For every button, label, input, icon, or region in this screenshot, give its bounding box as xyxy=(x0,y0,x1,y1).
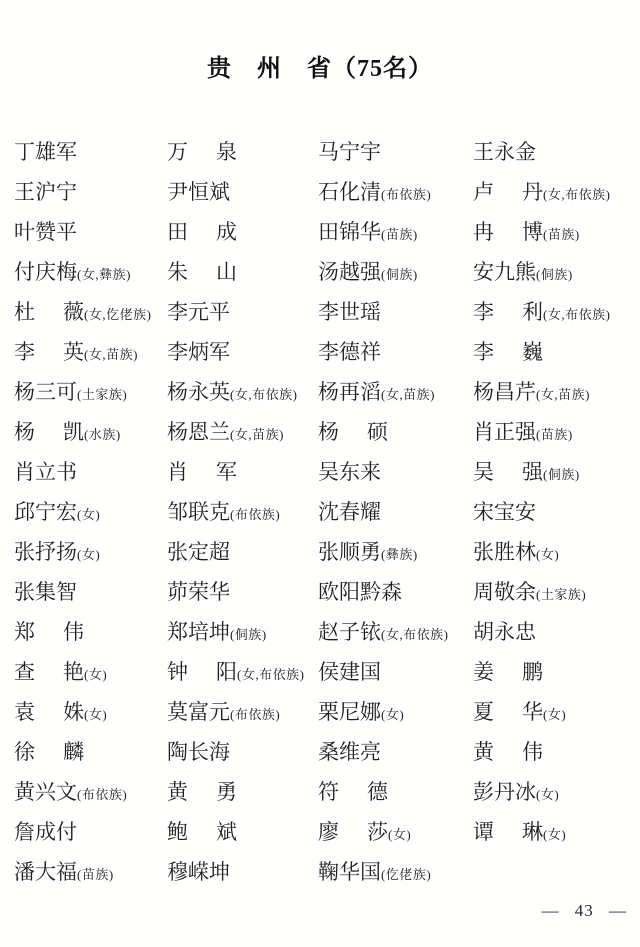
name-cell: 杨再滔(女,苗族) xyxy=(318,380,435,407)
name-cell: 符德 xyxy=(318,780,388,804)
name-cell: 桑维亮 xyxy=(318,740,381,764)
name-cell: 邹联克(布依族) xyxy=(167,500,280,527)
ethnic-note: (布依族) xyxy=(230,707,280,722)
name-cell: 袁姝(女) xyxy=(14,700,107,727)
person-name: 冉博 xyxy=(473,220,543,244)
person-name: 李巍 xyxy=(473,340,543,364)
ethnic-note: (女,布依族) xyxy=(230,387,297,402)
ethnic-note: (女) xyxy=(77,507,100,522)
person-name: 符德 xyxy=(318,780,388,804)
person-name: 侯建国 xyxy=(318,660,381,684)
name-cell: 夏华(女) xyxy=(473,700,566,727)
person-name: 田成 xyxy=(167,220,237,244)
list-row: 肖立书肖军吴东来吴强(侗族) xyxy=(0,456,640,496)
name-cell: 田成 xyxy=(167,220,237,244)
name-cell: 杨永英(女,布依族) xyxy=(167,380,297,407)
person-name: 袁姝 xyxy=(14,700,84,724)
ethnic-note: (苗族) xyxy=(543,227,580,242)
person-name: 邱宁宏 xyxy=(14,500,77,524)
person-name: 肖军 xyxy=(167,460,237,484)
name-cell: 陶长海 xyxy=(167,740,230,764)
person-name: 叶赞平 xyxy=(14,220,77,244)
person-name: 李炳军 xyxy=(167,340,230,364)
person-name: 李英 xyxy=(14,340,84,364)
person-name: 丁雄军 xyxy=(14,140,77,164)
ethnic-note: (女) xyxy=(381,707,404,722)
person-name: 朱山 xyxy=(167,260,237,284)
name-cell: 张定超 xyxy=(167,540,230,564)
person-name: 郑培坤 xyxy=(167,620,230,644)
list-row: 付庆梅(女,彝族)朱山汤越强(侗族)安九熊(侗族) xyxy=(0,256,640,296)
list-row: 袁姝(女)莫富元(布依族)栗尼娜(女)夏华(女) xyxy=(0,696,640,736)
person-name: 赵子铱 xyxy=(318,620,381,644)
person-name: 欧阳黔森 xyxy=(318,580,402,604)
page-number: — 43 — xyxy=(542,901,628,920)
person-name: 胡永忠 xyxy=(473,620,536,644)
name-cell: 杨三可(土家族) xyxy=(14,380,127,407)
person-name: 田锦华 xyxy=(318,220,381,244)
ethnic-note: (女,苗族) xyxy=(84,347,138,362)
ethnic-note: (苗族) xyxy=(381,227,418,242)
person-name: 沈春耀 xyxy=(318,500,381,524)
name-cell: 田锦华(苗族) xyxy=(318,220,418,247)
list-row: 王沪宁尹恒斌石化清(布依族)卢丹(女,布依族) xyxy=(0,176,640,216)
ethnic-note: (侗族) xyxy=(381,267,418,282)
person-name: 李德祥 xyxy=(318,340,381,364)
person-name: 夏华 xyxy=(473,700,543,724)
list-row: 詹成付鲍斌廖莎(女)谭琳(女) xyxy=(0,816,640,856)
name-cell: 胡永忠 xyxy=(473,620,536,644)
name-cell: 王永金 xyxy=(473,140,536,164)
name-cell: 付庆梅(女,彝族) xyxy=(14,260,131,287)
name-cell: 冉博(苗族) xyxy=(473,220,580,247)
name-cell: 茆荣华 xyxy=(167,580,230,604)
person-name: 陶长海 xyxy=(167,740,230,764)
name-cell: 肖立书 xyxy=(14,460,77,484)
person-name: 王永金 xyxy=(473,140,536,164)
name-cell: 丁雄军 xyxy=(14,140,77,164)
person-name: 吴东来 xyxy=(318,460,381,484)
person-name: 郑伟 xyxy=(14,620,84,644)
ethnic-note: (女) xyxy=(536,547,559,562)
ethnic-note: (女) xyxy=(543,827,566,842)
person-name: 尹恒斌 xyxy=(167,180,230,204)
name-cell: 李炳军 xyxy=(167,340,230,364)
person-name: 付庆梅 xyxy=(14,260,77,284)
list-row: 杨三可(土家族)杨永英(女,布依族)杨再滔(女,苗族)杨昌芹(女,苗族) xyxy=(0,376,640,416)
list-row: 杨凯(水族)杨恩兰(女,苗族)杨硕肖正强(苗族) xyxy=(0,416,640,456)
list-row: 黄兴文(布依族)黄勇符德彭丹冰(女) xyxy=(0,776,640,816)
name-cell: 万泉 xyxy=(167,140,237,164)
person-name: 黄勇 xyxy=(167,780,237,804)
ethnic-note: (女) xyxy=(543,707,566,722)
ethnic-note: (女,彝族) xyxy=(77,267,131,282)
name-cell: 李世瑶 xyxy=(318,300,381,324)
name-cell: 钟阳(女,布依族) xyxy=(167,660,304,687)
person-name: 桑维亮 xyxy=(318,740,381,764)
person-name: 潘大福 xyxy=(14,860,77,884)
person-name: 茆荣华 xyxy=(167,580,230,604)
name-cell: 杨恩兰(女,苗族) xyxy=(167,420,284,447)
ethnic-note: (女,苗族) xyxy=(230,427,284,442)
name-cell: 张集智 xyxy=(14,580,77,604)
person-name: 周敬余 xyxy=(473,580,536,604)
person-name: 詹成付 xyxy=(14,820,77,844)
person-name: 张胜林 xyxy=(473,540,536,564)
ethnic-note: (水族) xyxy=(84,427,121,442)
person-name: 张抒扬 xyxy=(14,540,77,564)
person-name: 杨永英 xyxy=(167,380,230,404)
name-list: 丁雄军万泉马宁宇王永金王沪宁尹恒斌石化清(布依族)卢丹(女,布依族)叶赞平田成田… xyxy=(0,136,640,896)
name-cell: 莫富元(布依族) xyxy=(167,700,280,727)
ethnic-note: (女,布依族) xyxy=(237,667,304,682)
person-name: 廖莎 xyxy=(318,820,388,844)
person-name: 杨三可 xyxy=(14,380,77,404)
ethnic-note: (女,布依族) xyxy=(543,307,610,322)
ethnic-note: (侗族) xyxy=(536,267,573,282)
list-row: 张抒扬(女)张定超张顺勇(彝族)张胜林(女) xyxy=(0,536,640,576)
name-cell: 肖正强(苗族) xyxy=(473,420,573,447)
person-name: 杨再滔 xyxy=(318,380,381,404)
ethnic-note: (苗族) xyxy=(536,427,573,442)
name-cell: 卢丹(女,布依族) xyxy=(473,180,610,207)
ethnic-note: (女) xyxy=(84,707,107,722)
name-cell: 潘大福(苗族) xyxy=(14,860,114,887)
person-name: 杨硕 xyxy=(318,420,388,444)
person-name: 汤越强 xyxy=(318,260,381,284)
ethnic-note: (苗族) xyxy=(77,867,114,882)
person-name: 张集智 xyxy=(14,580,77,604)
person-name: 钟阳 xyxy=(167,660,237,684)
person-name: 吴强 xyxy=(473,460,543,484)
name-cell: 鲍斌 xyxy=(167,820,237,844)
person-name: 宋宝安 xyxy=(473,500,536,524)
ethnic-note: (女,布依族) xyxy=(543,187,610,202)
name-cell: 吴东来 xyxy=(318,460,381,484)
ethnic-note: (女,苗族) xyxy=(536,387,590,402)
name-cell: 鞠华国(仡佬族) xyxy=(318,860,431,887)
name-cell: 叶赞平 xyxy=(14,220,77,244)
person-name: 李元平 xyxy=(167,300,230,324)
ethnic-note: (土家族) xyxy=(536,587,586,602)
person-name: 肖立书 xyxy=(14,460,77,484)
name-cell: 李德祥 xyxy=(318,340,381,364)
list-row: 郑伟郑培坤(侗族)赵子铱(女,布依族)胡永忠 xyxy=(0,616,640,656)
name-cell: 沈春耀 xyxy=(318,500,381,524)
name-cell: 詹成付 xyxy=(14,820,77,844)
list-row: 李英(女,苗族)李炳军李德祥李巍 xyxy=(0,336,640,376)
ethnic-note: (女) xyxy=(77,547,100,562)
person-name: 王沪宁 xyxy=(14,180,77,204)
person-name: 查艳 xyxy=(14,660,84,684)
name-cell: 张胜林(女) xyxy=(473,540,559,567)
name-cell: 杨硕 xyxy=(318,420,388,444)
name-cell: 邱宁宏(女) xyxy=(14,500,100,527)
person-name: 石化清 xyxy=(318,180,381,204)
person-name: 黄伟 xyxy=(473,740,543,764)
name-cell: 杜薇(女,仡佬族) xyxy=(14,300,151,327)
person-name: 卢丹 xyxy=(473,180,543,204)
person-name: 安九熊 xyxy=(473,260,536,284)
name-cell: 李利(女,布依族) xyxy=(473,300,610,327)
ethnic-note: (女) xyxy=(536,787,559,802)
name-cell: 赵子铱(女,布依族) xyxy=(318,620,448,647)
name-cell: 栗尼娜(女) xyxy=(318,700,404,727)
name-cell: 张顺勇(彝族) xyxy=(318,540,418,567)
page-title: 贵 州 省（75名） xyxy=(0,48,640,83)
name-cell: 李英(女,苗族) xyxy=(14,340,138,367)
name-cell: 侯建国 xyxy=(318,660,381,684)
person-name: 邹联克 xyxy=(167,500,230,524)
person-name: 杨凯 xyxy=(14,420,84,444)
name-cell: 尹恒斌 xyxy=(167,180,230,204)
name-cell: 郑伟 xyxy=(14,620,84,644)
name-cell: 黄伟 xyxy=(473,740,543,764)
name-cell: 肖军 xyxy=(167,460,237,484)
person-name: 李利 xyxy=(473,300,543,324)
person-name: 万泉 xyxy=(167,140,237,164)
name-cell: 周敬余(土家族) xyxy=(473,580,586,607)
ethnic-note: (彝族) xyxy=(381,547,418,562)
person-name: 肖正强 xyxy=(473,420,536,444)
ethnic-note: (土家族) xyxy=(77,387,127,402)
name-cell: 谭琳(女) xyxy=(473,820,566,847)
name-cell: 安九熊(侗族) xyxy=(473,260,573,287)
ethnic-note: (布依族) xyxy=(77,787,127,802)
person-name: 穆嵘坤 xyxy=(167,860,230,884)
list-row: 杜薇(女,仡佬族)李元平李世瑶李利(女,布依族) xyxy=(0,296,640,336)
person-name: 杨昌芹 xyxy=(473,380,536,404)
list-row: 邱宁宏(女)邹联克(布依族)沈春耀宋宝安 xyxy=(0,496,640,536)
ethnic-note: (仡佬族) xyxy=(381,867,431,882)
person-name: 张定超 xyxy=(167,540,230,564)
person-name: 张顺勇 xyxy=(318,540,381,564)
person-name: 徐麟 xyxy=(14,740,84,764)
name-cell: 朱山 xyxy=(167,260,237,284)
person-name: 莫富元 xyxy=(167,700,230,724)
person-name: 鞠华国 xyxy=(318,860,381,884)
name-cell: 廖莎(女) xyxy=(318,820,411,847)
list-row: 徐麟陶长海桑维亮黄伟 xyxy=(0,736,640,776)
person-name: 黄兴文 xyxy=(14,780,77,804)
person-name: 栗尼娜 xyxy=(318,700,381,724)
ethnic-note: (侗族) xyxy=(230,627,267,642)
name-cell: 宋宝安 xyxy=(473,500,536,524)
list-row: 潘大福(苗族)穆嵘坤鞠华国(仡佬族) xyxy=(0,856,640,896)
list-row: 查艳(女)钟阳(女,布依族)侯建国姜鹏 xyxy=(0,656,640,696)
name-cell: 汤越强(侗族) xyxy=(318,260,418,287)
name-cell: 黄兴文(布依族) xyxy=(14,780,127,807)
ethnic-note: (女,布依族) xyxy=(381,627,448,642)
list-row: 张集智茆荣华欧阳黔森周敬余(土家族) xyxy=(0,576,640,616)
person-name: 姜鹏 xyxy=(473,660,543,684)
name-cell: 姜鹏 xyxy=(473,660,543,684)
name-cell: 杨凯(水族) xyxy=(14,420,121,447)
page-footer: — 43 — xyxy=(542,901,628,921)
name-cell: 徐麟 xyxy=(14,740,84,764)
ethnic-note: (女,苗族) xyxy=(381,387,435,402)
name-cell: 查艳(女) xyxy=(14,660,107,687)
name-cell: 杨昌芹(女,苗族) xyxy=(473,380,590,407)
name-cell: 吴强(侗族) xyxy=(473,460,580,487)
name-cell: 李巍 xyxy=(473,340,543,364)
name-cell: 张抒扬(女) xyxy=(14,540,100,567)
name-cell: 黄勇 xyxy=(167,780,237,804)
person-name: 鲍斌 xyxy=(167,820,237,844)
name-cell: 马宁宇 xyxy=(318,140,381,164)
ethnic-note: (布依族) xyxy=(230,507,280,522)
list-row: 叶赞平田成田锦华(苗族)冉博(苗族) xyxy=(0,216,640,256)
name-cell: 穆嵘坤 xyxy=(167,860,230,884)
person-name: 彭丹冰 xyxy=(473,780,536,804)
ethnic-note: (布依族) xyxy=(381,187,431,202)
ethnic-note: (女) xyxy=(388,827,411,842)
document-page: 贵 州 省（75名） 丁雄军万泉马宁宇王永金王沪宁尹恒斌石化清(布依族)卢丹(女… xyxy=(0,0,640,947)
person-name: 马宁宇 xyxy=(318,140,381,164)
name-cell: 郑培坤(侗族) xyxy=(167,620,267,647)
list-row: 丁雄军万泉马宁宇王永金 xyxy=(0,136,640,176)
person-name: 谭琳 xyxy=(473,820,543,844)
name-cell: 王沪宁 xyxy=(14,180,77,204)
name-cell: 彭丹冰(女) xyxy=(473,780,559,807)
name-cell: 李元平 xyxy=(167,300,230,324)
name-cell: 欧阳黔森 xyxy=(318,580,402,604)
ethnic-note: (女) xyxy=(84,667,107,682)
ethnic-note: (侗族) xyxy=(543,467,580,482)
person-name: 杜薇 xyxy=(14,300,84,324)
person-name: 李世瑶 xyxy=(318,300,381,324)
person-name: 杨恩兰 xyxy=(167,420,230,444)
ethnic-note: (女,仡佬族) xyxy=(84,307,151,322)
name-cell: 石化清(布依族) xyxy=(318,180,431,207)
